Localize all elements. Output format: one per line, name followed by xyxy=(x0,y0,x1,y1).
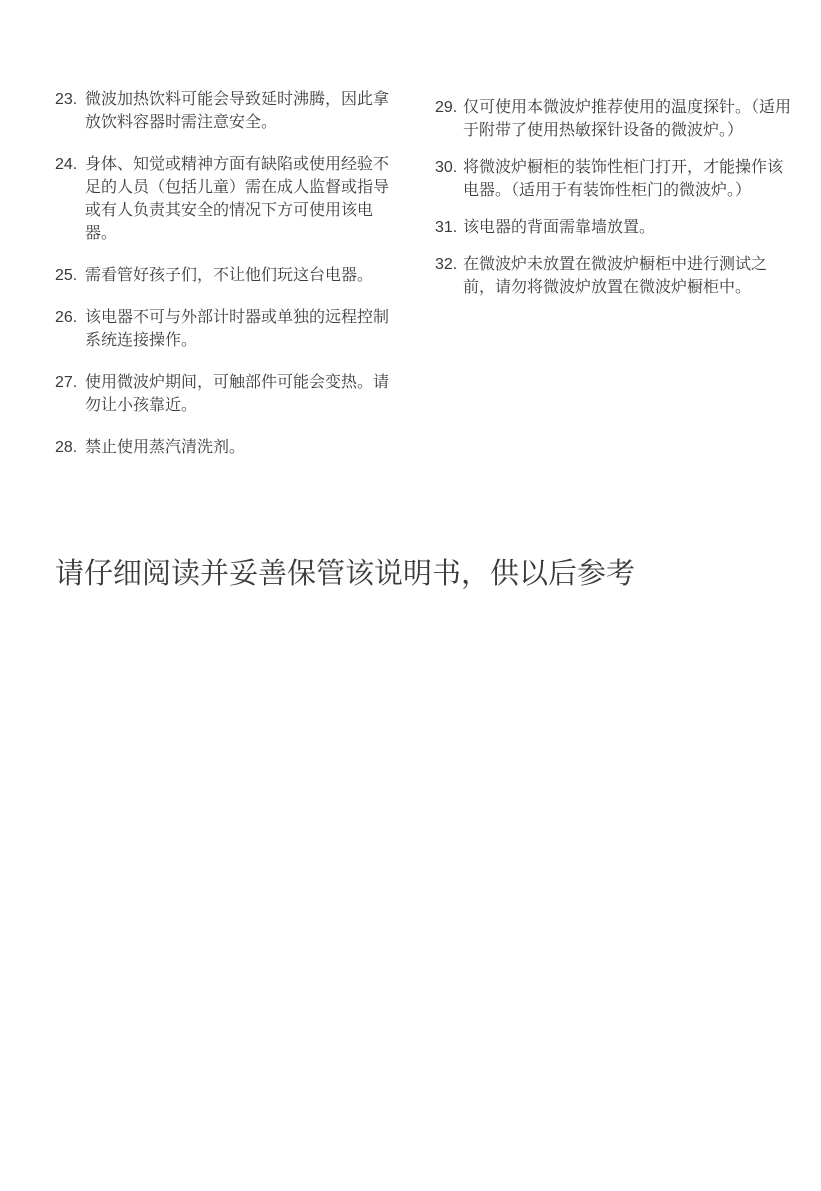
list-item-number: 25. xyxy=(55,264,85,287)
list-item-text: 在微波炉未放置在微波炉橱柜中进行测试之前，请勿将微波炉放置在微波炉橱柜中。 xyxy=(463,253,795,299)
list-item: 23. 微波加热饮料可能会导致延时沸腾，因此拿放饮料容器时需注意安全。 xyxy=(55,88,398,134)
manual-page: 23. 微波加热饮料可能会导致延时沸腾，因此拿放饮料容器时需注意安全。 24. … xyxy=(0,0,821,1191)
list-item-text: 微波加热饮料可能会导致延时沸腾，因此拿放饮料容器时需注意安全。 xyxy=(85,88,398,134)
list-item-text: 仅可使用本微波炉推荐使用的温度探针。（适用于附带了使用热敏探针设备的微波炉。） xyxy=(463,96,795,142)
instruction-column-right: 29. 仅可使用本微波炉推荐使用的温度探针。（适用于附带了使用热敏探针设备的微波… xyxy=(435,88,795,313)
list-item-text: 该电器不可与外部计时器或单独的远程控制系统连接操作。 xyxy=(85,306,398,352)
instruction-list: 23. 微波加热饮料可能会导致延时沸腾，因此拿放饮料容器时需注意安全。 24. … xyxy=(55,88,795,478)
list-item-number: 28. xyxy=(55,436,85,459)
list-item-number: 23. xyxy=(55,88,85,134)
list-item-number: 24. xyxy=(55,153,85,245)
list-item: 29. 仅可使用本微波炉推荐使用的温度探针。（适用于附带了使用热敏探针设备的微波… xyxy=(435,96,795,142)
list-item-text: 身体、知觉或精神方面有缺陷或使用经验不足的人员（包括儿童）需在成人监督或指导或有… xyxy=(85,153,398,245)
list-item-number: 32. xyxy=(435,253,463,299)
list-item-text: 需看管好孩子们，不让他们玩这台电器。 xyxy=(85,264,398,287)
list-item: 32. 在微波炉未放置在微波炉橱柜中进行测试之前，请勿将微波炉放置在微波炉橱柜中… xyxy=(435,253,795,299)
list-item-number: 26. xyxy=(55,306,85,352)
list-item-number: 27. xyxy=(55,371,85,417)
list-item-number: 31. xyxy=(435,216,463,239)
list-item-number: 29. xyxy=(435,96,463,142)
list-item: 25. 需看管好孩子们，不让他们玩这台电器。 xyxy=(55,264,398,287)
list-item-text: 将微波炉橱柜的装饰性柜门打开，才能操作该电器。（适用于有装饰性柜门的微波炉。） xyxy=(463,156,795,202)
instruction-column-left: 23. 微波加热饮料可能会导致延时沸腾，因此拿放饮料容器时需注意安全。 24. … xyxy=(55,88,398,478)
list-item: 30. 将微波炉橱柜的装饰性柜门打开，才能操作该电器。（适用于有装饰性柜门的微波… xyxy=(435,156,795,202)
list-item-number: 30. xyxy=(435,156,463,202)
list-item: 28. 禁止使用蒸汽清洗剂。 xyxy=(55,436,398,459)
list-item-text: 使用微波炉期间，可触部件可能会变热。请勿让小孩靠近。 xyxy=(85,371,398,417)
list-item-text: 该电器的背面需靠墙放置。 xyxy=(463,216,795,239)
list-item: 27. 使用微波炉期间，可触部件可能会变热。请勿让小孩靠近。 xyxy=(55,371,398,417)
list-item: 26. 该电器不可与外部计时器或单独的远程控制系统连接操作。 xyxy=(55,306,398,352)
list-item: 31. 该电器的背面需靠墙放置。 xyxy=(435,216,795,239)
list-item: 24. 身体、知觉或精神方面有缺陷或使用经验不足的人员（包括儿童）需在成人监督或… xyxy=(55,153,398,245)
list-item-text: 禁止使用蒸汽清洗剂。 xyxy=(85,436,398,459)
keep-manual-heading: 请仔细阅读并妥善保管该说明书，供以后参考 xyxy=(55,556,775,592)
